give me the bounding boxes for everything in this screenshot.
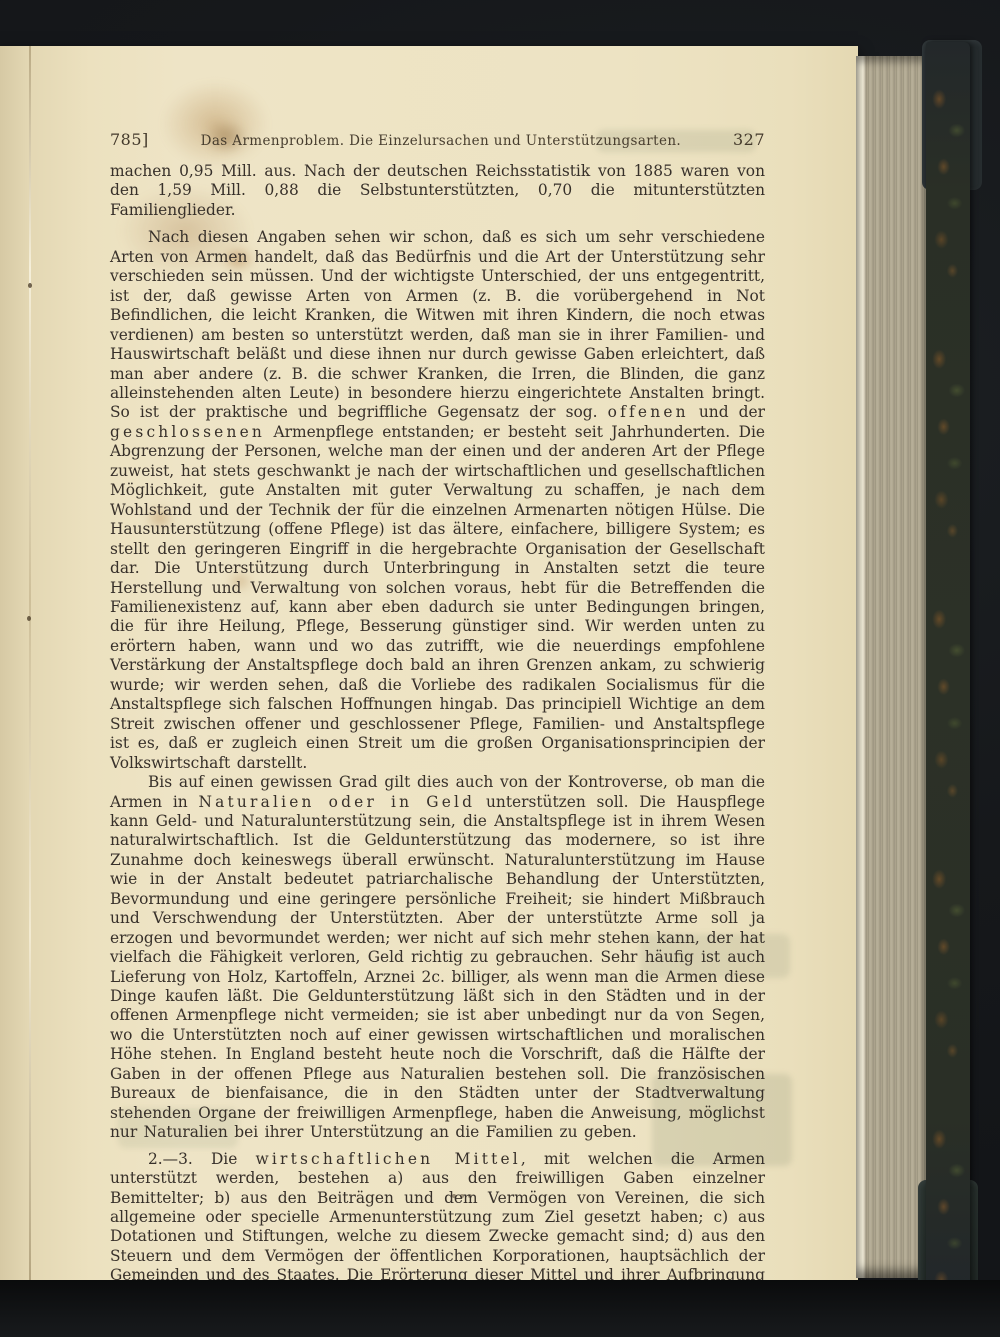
body-text-run: machen 0,95 Mill. aus. Nach der deutsche… <box>110 162 765 219</box>
page-body-text: machen 0,95 Mill. aus. Nach der deutsche… <box>110 162 765 1325</box>
emphasized-spaced-text: geschlossenen <box>110 423 265 441</box>
body-text-run: 2.—3. Die <box>148 1150 256 1168</box>
page-header: 785] Das Armenproblem. Die Einzelursache… <box>110 130 765 149</box>
page-number: 327 <box>733 130 765 149</box>
running-title: Das Armenproblem. Die Einzelursachen und… <box>149 133 733 149</box>
gutter-crease <box>29 46 31 1280</box>
emphasized-spaced-text: offenen <box>608 403 689 421</box>
column-signature: 785] <box>110 130 149 149</box>
body-text-run: Nach diesen Angaben sehen wir schon, daß… <box>110 228 765 421</box>
paper-speck <box>27 616 31 621</box>
paper-speck <box>28 283 32 288</box>
paragraph: Bis auf einen gewissen Grad gilt dies au… <box>110 773 765 1143</box>
paragraph: Nach diesen Angaben sehen wir schon, daß… <box>110 228 765 773</box>
fore-edge-page-stack <box>856 56 928 1278</box>
emphasized-spaced-text: Naturalien oder in Geld <box>199 793 476 811</box>
body-text-run: unterstützen soll. Die Hauspflege kann G… <box>110 793 765 1142</box>
marbled-cover-edge <box>926 42 970 1292</box>
book-page: 785] Das Armenproblem. Die Einzelursache… <box>0 46 858 1280</box>
scanned-book-photo: 785] Das Armenproblem. Die Einzelursache… <box>0 0 1000 1337</box>
body-text-run: Armenpflege entstanden; er besteht seit … <box>110 423 765 772</box>
emphasized-spaced-text: wirtschaftlichen Mittel <box>256 1150 521 1168</box>
paragraph: machen 0,95 Mill. aus. Nach der deutsche… <box>110 162 765 220</box>
table-shadow <box>0 1280 1000 1337</box>
body-text-run: und der <box>689 403 765 421</box>
